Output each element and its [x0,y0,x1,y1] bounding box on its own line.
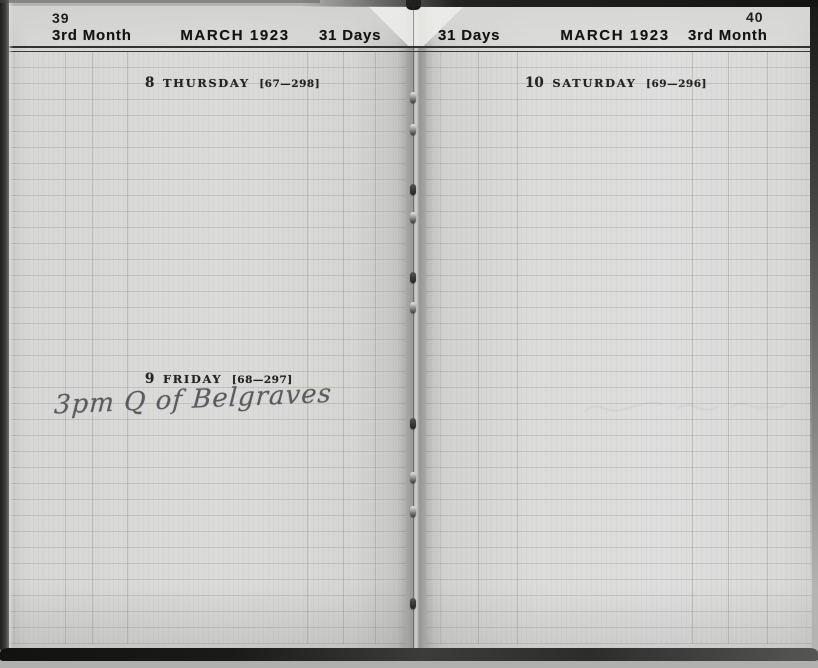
day-number: 9 [145,371,154,387]
weekday-label: THURSDAY [163,76,250,90]
grid-vline [767,52,768,644]
stitch-thread [410,418,416,429]
page-number-right: 40 [746,9,764,25]
stitch-thread [410,184,416,195]
grid-vline [728,52,729,644]
month-title-right: MARCH 1923 [540,27,690,44]
year-day-range: [69—296] [646,78,707,90]
stitch-thread [410,472,416,483]
book-edge-top [300,0,818,7]
ruled-grid-right [426,52,812,644]
grid-vline [517,52,518,644]
grid-vline [65,52,66,644]
weekday-label: SATURDAY [552,76,636,90]
entry-heading-march-8: 8 THURSDAY [67—298] [145,72,320,91]
diary-scan: 39 3rd Month MARCH 1923 31 Days 8 THURSD… [0,0,818,668]
grid-vline [692,52,693,644]
year-day-range: [67—298] [259,78,320,90]
grid-vline [478,52,479,644]
page-left: 39 3rd Month MARCH 1923 31 Days 8 THURSD… [8,6,406,648]
day-count-left: 31 Days [319,27,381,44]
stitch-thread [410,92,416,103]
ruled-grid-left [8,52,406,644]
stitch-thread [410,598,416,609]
page-right: 40 31 Days MARCH 1923 3rd Month 10 SATUR… [426,6,812,648]
day-count-right: 31 Days [438,27,500,44]
grid-vline [127,52,128,644]
day-number: 10 [525,75,544,91]
grid-vline [307,52,308,644]
grid-vline [92,52,93,644]
faint-pencil-marks [581,392,801,426]
header-rule [8,46,812,52]
grid-vline [343,52,344,644]
stitch-thread [410,302,416,313]
stitch-thread [410,506,416,517]
stitch-thread [410,124,416,135]
book-edge-right [810,0,818,590]
grid-vline [375,52,376,644]
book-gutter [398,6,434,648]
stitch-thread [410,272,416,283]
month-ordinal-left: 3rd Month [52,27,132,44]
page-edge-highlight [9,2,13,650]
entry-heading-march-10: 10 SATURDAY [69—296] [525,72,707,91]
month-ordinal-right: 3rd Month [688,27,768,44]
page-number-left: 39 [52,10,70,26]
grid-vline [440,52,441,644]
book-bottom-shadow [0,648,818,661]
book-edge-left [0,0,9,654]
book-edge-top-left [0,0,320,3]
stitch-thread [410,212,416,223]
grid-vline [14,52,15,644]
month-title-left: MARCH 1923 [160,27,310,44]
day-number: 8 [145,75,154,91]
